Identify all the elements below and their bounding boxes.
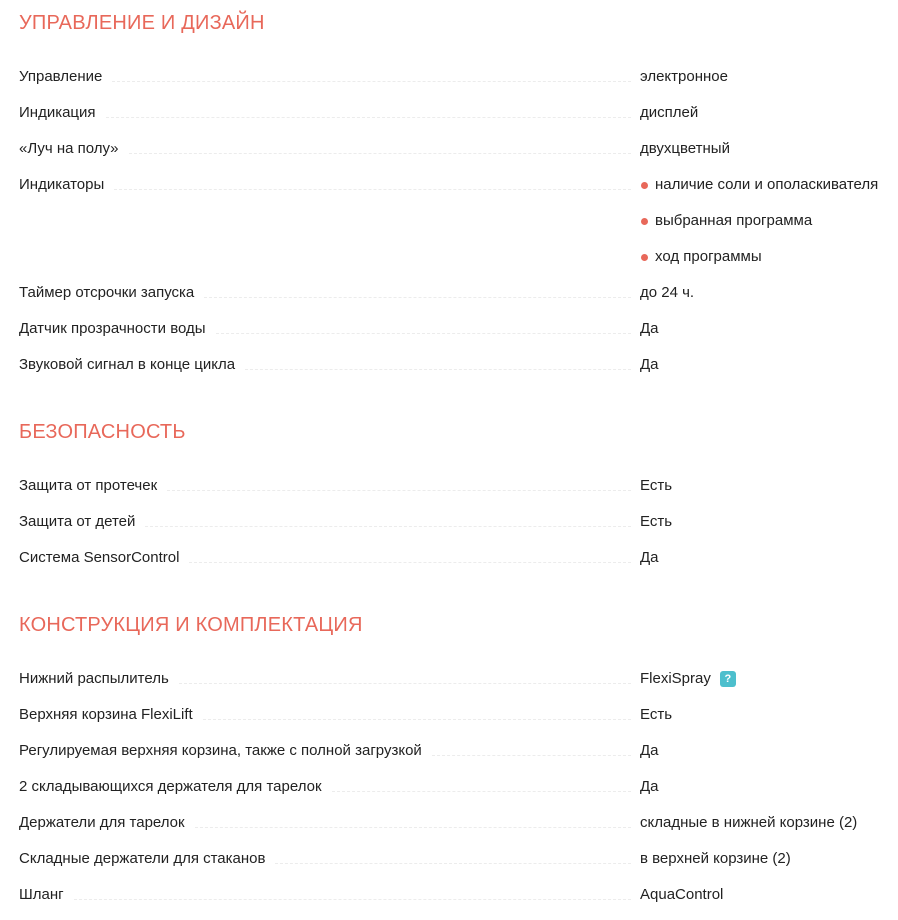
spec-label: Защита от детей [19, 513, 135, 533]
spec-value: двухцветный [640, 140, 730, 160]
spec-row: Складные держатели для стакановв верхней… [19, 834, 898, 870]
dotted-leader [106, 116, 631, 118]
dotted-leader [167, 489, 631, 491]
dotted-leader [203, 718, 631, 720]
spec-value-with-help: FlexiSpray? [640, 670, 736, 690]
section-title: КОНСТРУКЦИЯ И КОМПЛЕКТАЦИЯ [19, 613, 898, 637]
dotted-leader [245, 368, 631, 370]
spec-label: Регулируемая верхняя корзина, также с по… [19, 742, 422, 762]
help-icon[interactable]: ? [720, 671, 736, 687]
spec-label: Индикаторы [19, 176, 104, 196]
spec-row: Датчик прозрачности водыДа [19, 304, 898, 340]
spec-label: Индикация [19, 104, 96, 124]
spec-label: Таймер отсрочки запуска [19, 284, 194, 304]
dotted-leader [145, 525, 631, 527]
dotted-leader [114, 188, 631, 190]
spec-row: ШлангAquaControl [19, 870, 898, 906]
spec-value-text: наличие соли и ополаскивателя [655, 176, 878, 194]
spec-label: Управление [19, 68, 102, 88]
spec-label: Звуковой сигнал в конце цикла [19, 356, 235, 376]
spec-value: Да [640, 549, 659, 569]
spec-value: AquaControl [640, 886, 723, 906]
spec-row: Верхняя корзина FlexiLiftЕсть [19, 690, 898, 726]
spec-label: «Луч на полу» [19, 140, 119, 160]
dotted-leader [179, 682, 631, 684]
spec-row: Регулируемая верхняя корзина, также с по… [19, 726, 898, 762]
spec-row: Звуковой сигнал в конце циклаДа [19, 340, 898, 376]
spec-list: Управлениеэлектронное Индикациядисплей «… [19, 52, 898, 376]
section-title: БЕЗОПАСНОСТЬ [19, 420, 898, 444]
section-safety: БЕЗОПАСНОСТЬ Защита от протечекЕсть Защи… [19, 420, 898, 569]
spec-value-bulleted: наличие соли и ополаскивателя [640, 176, 878, 196]
spec-row: «Луч на полу»двухцветный [19, 124, 898, 160]
spec-label: Складные держатели для стаканов [19, 850, 265, 870]
specifications: УПРАВЛЕНИЕ И ДИЗАЙН Управлениеэлектронно… [0, 0, 898, 906]
spec-row: Таймер отсрочки запускадо 24 ч. [19, 268, 898, 304]
dotted-leader [189, 561, 631, 563]
spec-value-text: FlexiSpray [640, 670, 711, 688]
spec-value: Да [640, 778, 659, 798]
spec-value-bulleted: ход программы [640, 248, 762, 268]
dotted-leader [195, 826, 631, 828]
spec-label: Верхняя корзина FlexiLift [19, 706, 193, 726]
spec-list: Нижний распылительFlexiSpray? Верхняя ко… [19, 654, 898, 906]
spec-row: ход программы [19, 232, 898, 268]
bullet-icon [641, 254, 648, 261]
dotted-leader [204, 296, 631, 298]
dotted-leader [129, 152, 631, 154]
dotted-leader [216, 332, 631, 334]
spec-label: Датчик прозрачности воды [19, 320, 206, 340]
dotted-leader [112, 80, 631, 82]
spec-value: дисплей [640, 104, 698, 124]
spec-value: электронное [640, 68, 728, 88]
spec-label: Система SensorControl [19, 549, 179, 569]
spec-list: Защита от протечекЕсть Защита от детейЕс… [19, 461, 898, 569]
dotted-leader [332, 790, 631, 792]
spec-value-text: выбранная программа [655, 212, 812, 230]
spec-row: Защита от детейЕсть [19, 497, 898, 533]
bullet-icon [641, 182, 648, 189]
spec-row: выбранная программа [19, 196, 898, 232]
spec-value: до 24 ч. [640, 284, 694, 304]
spec-label: Нижний распылитель [19, 670, 169, 690]
section-construction: КОНСТРУКЦИЯ И КОМПЛЕКТАЦИЯ Нижний распыл… [19, 613, 898, 906]
spec-value: Есть [640, 706, 672, 726]
spec-row: 2 складывающихся держателя для тарелокДа [19, 762, 898, 798]
section-control-design: УПРАВЛЕНИЕ И ДИЗАЙН Управлениеэлектронно… [19, 0, 898, 376]
spec-row: Нижний распылительFlexiSpray? [19, 654, 898, 690]
spec-value: Да [640, 320, 659, 340]
spec-row: Индикаторыналичие соли и ополаскивателя [19, 160, 898, 196]
spec-label: Держатели для тарелок [19, 814, 185, 834]
dotted-leader [432, 754, 631, 756]
spec-value: Есть [640, 513, 672, 533]
spec-row: Держатели для тарелокскладные в нижней к… [19, 798, 898, 834]
dotted-leader [74, 898, 631, 900]
spec-value: Да [640, 356, 659, 376]
spec-value: Да [640, 742, 659, 762]
spec-value: Есть [640, 477, 672, 497]
spec-value-text: ход программы [655, 248, 762, 266]
spec-label: Защита от протечек [19, 477, 157, 497]
spec-row: Защита от протечекЕсть [19, 461, 898, 497]
spec-label: Шланг [19, 886, 64, 906]
spec-row: Управлениеэлектронное [19, 52, 898, 88]
spec-value-bulleted: выбранная программа [640, 212, 812, 232]
spec-row: Индикациядисплей [19, 88, 898, 124]
spec-label: 2 складывающихся держателя для тарелок [19, 778, 322, 798]
spec-row: Система SensorControlДа [19, 533, 898, 569]
bullet-icon [641, 218, 648, 225]
section-title: УПРАВЛЕНИЕ И ДИЗАЙН [19, 11, 898, 35]
spec-value: в верхней корзине (2) [640, 850, 791, 870]
dotted-leader [275, 862, 631, 864]
spec-value: складные в нижней корзине (2) [640, 814, 857, 834]
